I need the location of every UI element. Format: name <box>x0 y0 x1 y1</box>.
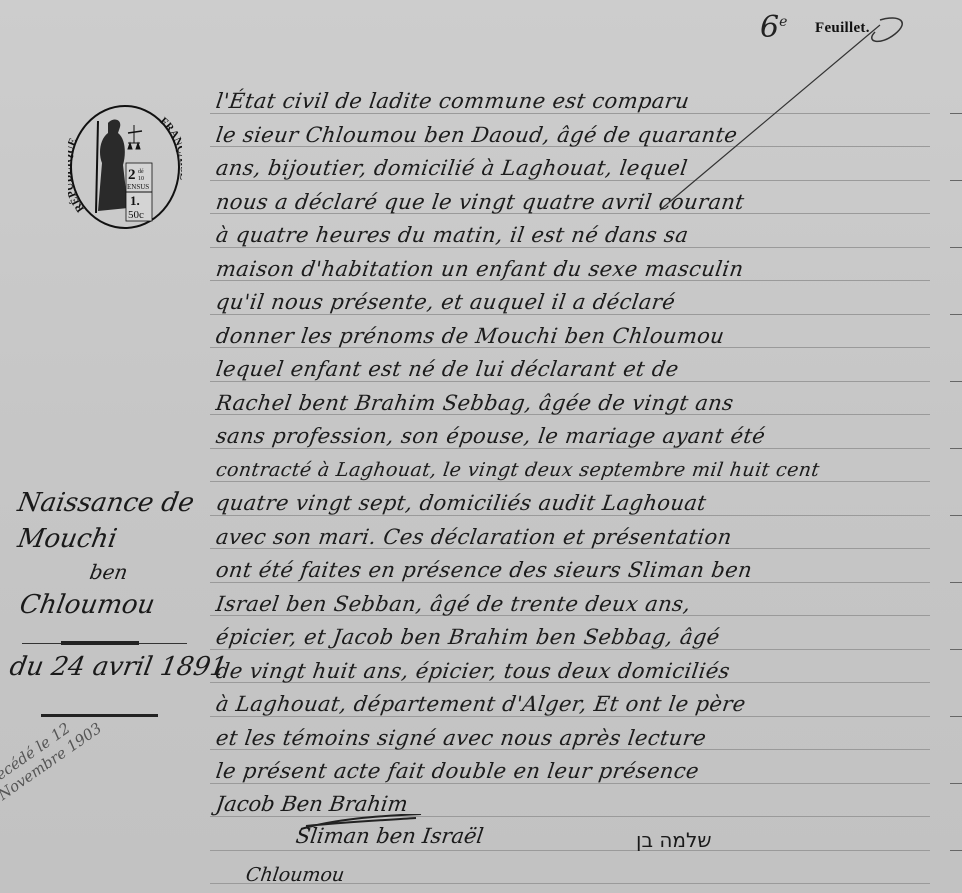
body-line: ans, bijoutier, domicilié à Laghouat, le… <box>214 152 939 186</box>
body-line: nous a déclaré que le vingt quatre avril… <box>214 186 939 220</box>
svg-text:dé: dé <box>138 169 144 175</box>
body-line: donner les prénoms de Mouchi ben Chloumo… <box>214 320 939 354</box>
body-line: l'État civil de ladite commune est compa… <box>214 85 939 119</box>
register-page: 6e Feuillet. RÉPUBLIQUE FRANÇAISE 2 dé 1… <box>0 0 962 893</box>
signature-sliman: Sliman ben Israël <box>294 824 485 848</box>
body-line: sans profession, son épouse, le mariage … <box>214 420 939 454</box>
fiscal-stamp-icon: RÉPUBLIQUE FRANÇAISE 2 dé 10 ENSUS 1. 50… <box>68 103 182 231</box>
body-line: de vingt huit ans, épicier, tous deux do… <box>214 655 939 689</box>
body-line: et les témoins signé avec nous après lec… <box>214 722 939 756</box>
svg-text:10: 10 <box>138 176 144 182</box>
svg-text:RÉPUBLIQUE: RÉPUBLIQUE <box>68 137 87 215</box>
margin-note-title: Naissance de <box>15 485 213 521</box>
margin-note-ben: ben <box>87 557 212 587</box>
body-line: le présent acte fait double en leur prés… <box>214 755 939 789</box>
body-line: contracté à Laghouat, le vingt deux sept… <box>214 454 939 488</box>
svg-text:FRANÇAISE: FRANÇAISE <box>157 115 182 181</box>
margin-note-surname: Chloumou <box>17 587 213 623</box>
body-line: ont été faites en présence des sieurs Sl… <box>214 554 939 588</box>
stamp-value-mid: ENSUS <box>127 183 149 191</box>
signature-chloumou: Chloumou <box>244 864 345 886</box>
stamp-ring-right: FRANÇAISE <box>157 115 182 181</box>
body-line: à quatre heures du matin, il est né dans… <box>214 219 939 253</box>
margin-divider-bold <box>61 641 139 645</box>
body-line: qu'il nous présente, et auquel il a décl… <box>214 286 939 320</box>
stamp-value-bottom-1: 1. <box>130 193 140 208</box>
body-line: avec son mari. Ces déclaration et présen… <box>214 521 939 555</box>
body-line: quatre vingt sept, domiciliés audit Lagh… <box>214 487 939 521</box>
act-body-text: l'État civil de ladite commune est compa… <box>216 85 936 789</box>
body-line: Israel ben Sebban, âgé de trente deux an… <box>214 588 939 622</box>
signature-hebrew: שלמה בן <box>636 828 712 852</box>
stamp-ring-left: RÉPUBLIQUE <box>68 137 87 215</box>
margin-note-date: du 24 avril 1891 <box>7 652 229 682</box>
body-line: maison d'habitation un enfant du sexe ma… <box>214 253 939 287</box>
stamp-value-bottom-2: 50c <box>128 209 144 221</box>
body-line: le sieur Chloumou ben Daoud, âgé de quar… <box>214 119 939 153</box>
stamp-value-top: 2 <box>128 167 136 183</box>
body-line: Rachel bent Brahim Sebbag, âgée de vingt… <box>214 387 939 421</box>
body-line: épicier, et Jacob ben Brahim ben Sebbag,… <box>214 621 939 655</box>
margin-note-name: Mouchi <box>15 521 213 557</box>
body-line: à Laghouat, département d'Alger, Et ont … <box>214 688 939 722</box>
body-line: lequel enfant est né de lui déclarant et… <box>214 353 939 387</box>
signature-jacob: Jacob Ben Brahim <box>214 792 409 816</box>
margin-note: Naissance de Mouchi ben Chloumou <box>10 485 210 623</box>
